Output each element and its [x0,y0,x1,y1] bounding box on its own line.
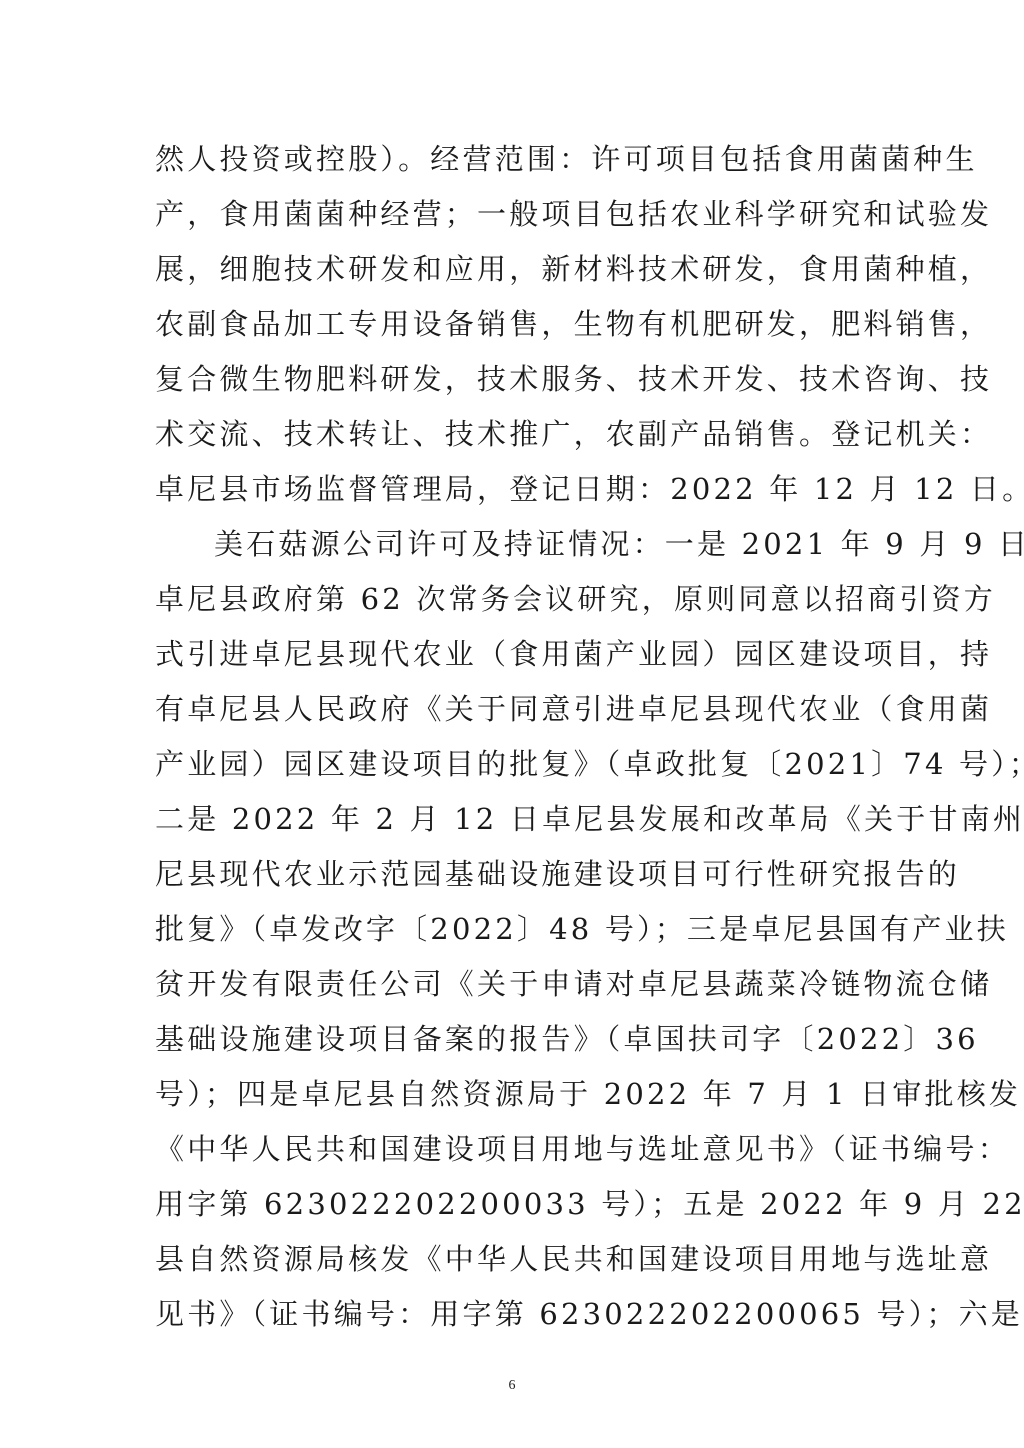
text-line: 县自然资源局核发《中华人民共和国建设项目用地与选址意 [155,1239,870,1279]
text-line: 二是 2022 年 2 月 12 日卓尼县发展和改革局《关于甘南州卓 [155,799,870,839]
text-line: 尼县现代农业示范园基础设施建设项目可行性研究报告的 [155,854,870,894]
text-line: 式引进卓尼县现代农业（食用菌产业园）园区建设项目，持 [155,634,870,674]
page-number: 6 [0,1378,1024,1394]
text-line: 基础设施建设项目备案的报告》（卓国扶司字〔2022〕36 [155,1019,870,1059]
text-line: 然人投资或控股）。经营范围：许可项目包括食用菌菌种生 [155,139,870,179]
text-line: 展，细胞技术研发和应用，新材料技术研发，食用菌种植， [155,249,870,289]
text-line: 复合微生物肥料研发，技术服务、技术开发、技术咨询、技 [155,359,870,399]
text-line: 见书》（证书编号：用字第 623022202200065 号）；六是 2022 [155,1294,870,1334]
text-line: 卓尼县政府第 62 次常务会议研究，原则同意以招商引资方 [155,579,870,619]
document-page: 然人投资或控股）。经营范围：许可项目包括食用菌菌种生 产，食用菌菌种经营；一般项… [0,0,1024,1448]
text-line: 有卓尼县人民政府《关于同意引进卓尼县现代农业（食用菌 [155,689,870,729]
text-line: 用字第 623022202200033 号）；五是 2022 年 9 月 22 … [155,1184,870,1224]
text-line: 批复》（卓发改字〔2022〕48 号）；三是卓尼县国有产业扶 [155,909,870,949]
text-line: 美石菇源公司许可及持证情况：一是 2021 年 9 月 9 日， [214,524,870,564]
text-line: 贫开发有限责任公司《关于申请对卓尼县蔬菜冷链物流仓储 [155,964,870,1004]
text-line: 号）；四是卓尼县自然资源局于 2022 年 7 月 1 日审批核发 [155,1074,870,1114]
text-line: 产业园）园区建设项目的批复》（卓政批复〔2021〕74 号）； [155,744,870,784]
text-line: 卓尼县市场监督管理局，登记日期：2022 年 12 月 12 日。 [155,469,870,509]
text-line: 《中华人民共和国建设项目用地与选址意见书》（证书编号： [155,1129,870,1169]
text-line: 术交流、技术转让、技术推广，农副产品销售。登记机关： [155,414,870,454]
text-line: 农副食品加工专用设备销售，生物有机肥研发，肥料销售， [155,304,870,344]
text-line: 产，食用菌菌种经营；一般项目包括农业科学研究和试验发 [155,194,870,234]
